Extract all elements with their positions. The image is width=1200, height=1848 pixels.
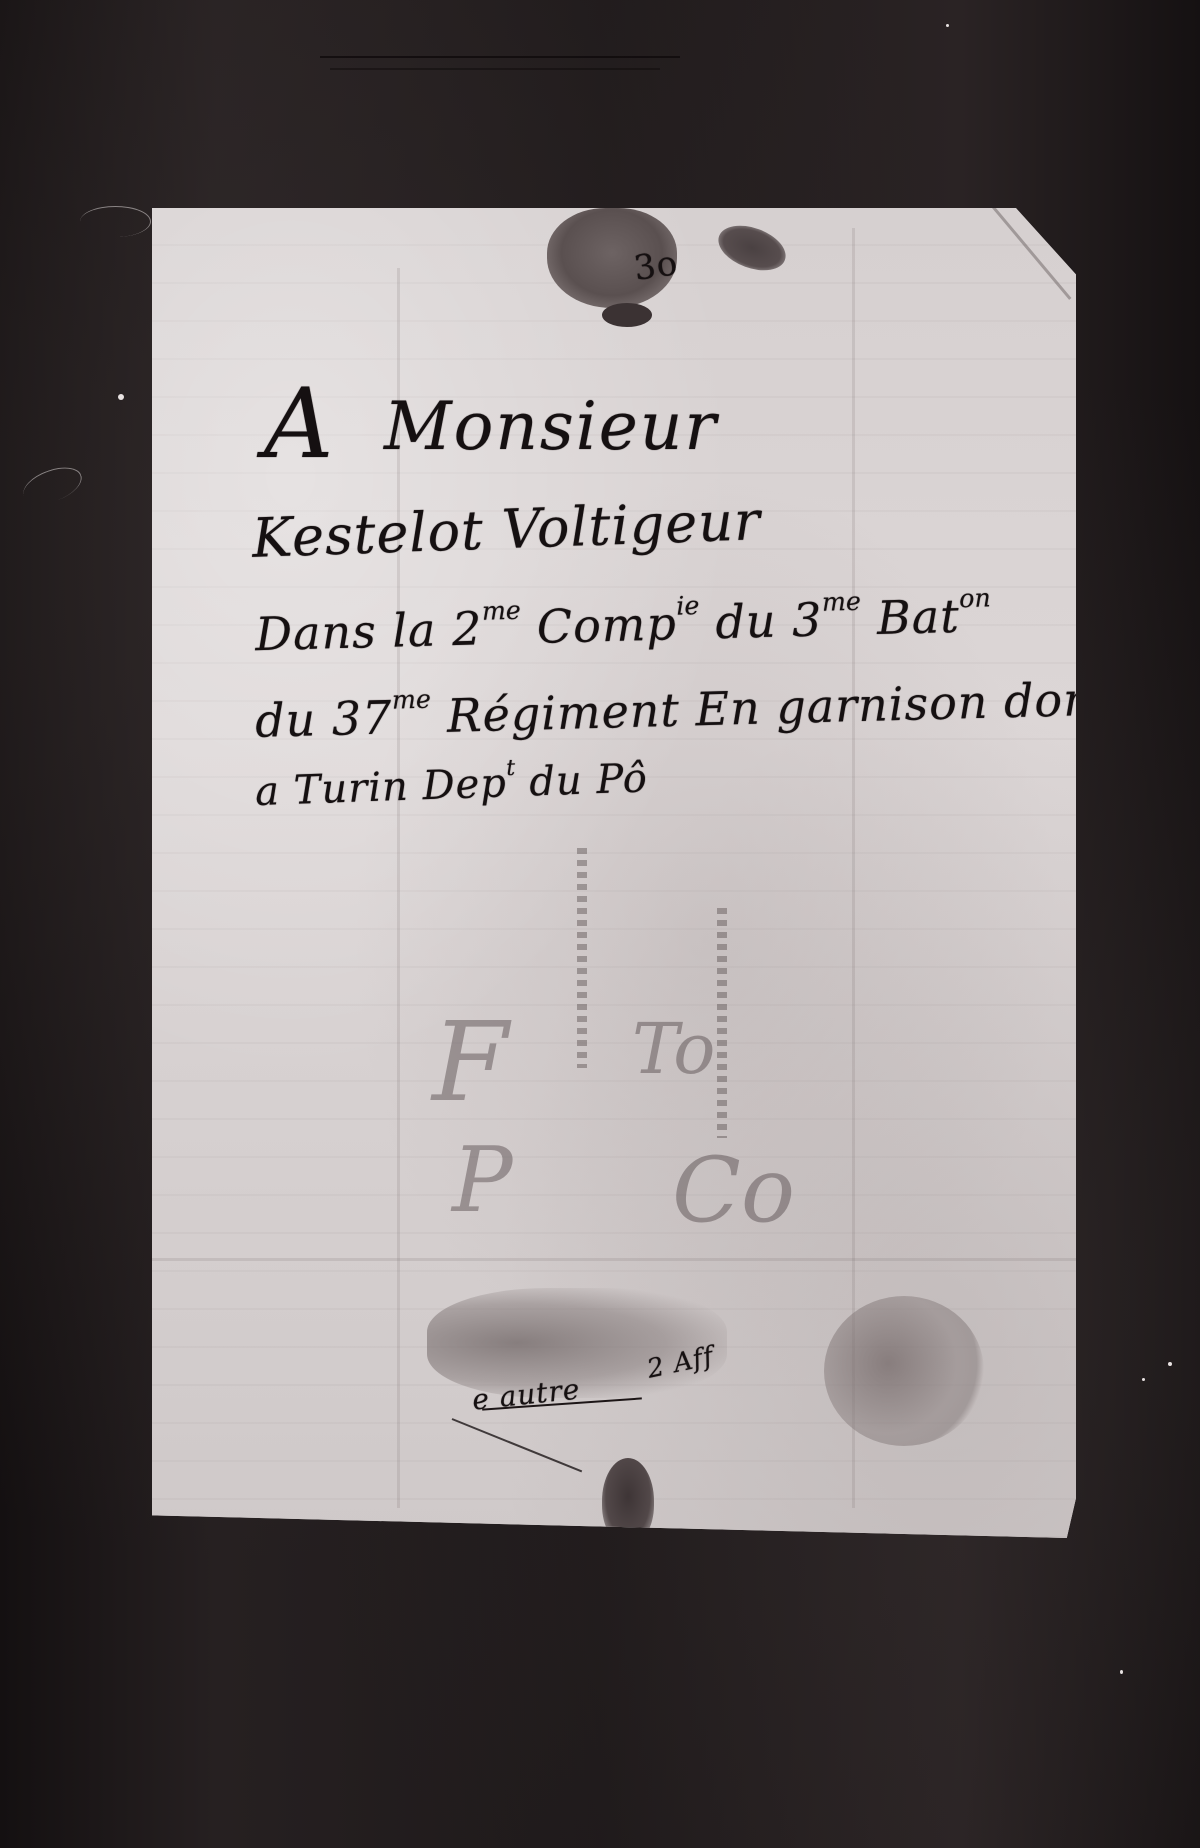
folio-number: 3o xyxy=(631,243,680,289)
background-crease-line xyxy=(320,56,680,58)
ordinal-suffix: me xyxy=(392,685,432,715)
dust-speck xyxy=(1168,1362,1172,1366)
address-text: du Pô xyxy=(515,755,649,806)
dust-speck xyxy=(118,394,124,400)
postmark-stamp-round xyxy=(824,1296,984,1446)
address-text: Dans la 2 xyxy=(254,601,483,661)
recipient-name-rank: Kestelot Voltigeur xyxy=(251,489,762,570)
paper-fold-line xyxy=(152,1258,1076,1261)
bleed-through-mark: To xyxy=(632,1008,715,1090)
abbreviation-suffix: ie xyxy=(676,591,700,621)
address-regiment: du 37me Régiment En garnison dont xyxy=(254,667,1113,748)
address-text: du 37 xyxy=(255,690,394,748)
annotation-stroke xyxy=(452,1418,583,1472)
bleed-through-mark: Co xyxy=(672,1138,795,1243)
address-text: a Turin Dep xyxy=(254,760,507,815)
dust-speck xyxy=(1142,1378,1145,1381)
stray-hair xyxy=(19,461,87,511)
letter-paper: F To P Co 3o A Monsieur Kestelot Voltige… xyxy=(152,208,1076,1538)
ordinal-suffix: me xyxy=(822,587,862,617)
address-text: Régiment En garnison dont xyxy=(431,671,1114,743)
address-text: du 3 xyxy=(699,592,823,649)
ordinal-suffix: me xyxy=(481,596,521,626)
corner-fold xyxy=(992,206,1071,300)
dust-speck xyxy=(946,24,949,27)
bleed-through-mark: P xyxy=(452,1128,513,1233)
stray-hair xyxy=(80,206,151,237)
bleed-through-stripe xyxy=(717,908,727,1138)
wax-seal-top-tear xyxy=(602,303,652,327)
dust-speck xyxy=(1120,1670,1123,1674)
wax-drip-bottom xyxy=(602,1458,654,1544)
bleed-through-mark: F xyxy=(432,998,508,1126)
address-city-department: a Turin Dept du Pô xyxy=(254,751,648,815)
address-text: Bat xyxy=(861,589,961,646)
background-crease-line xyxy=(330,68,660,70)
address-company-battalion: Dans la 2me Compie du 3me Baton xyxy=(254,583,992,661)
bleed-through-stripe xyxy=(577,848,587,1068)
address-text: Comp xyxy=(521,596,678,654)
abbreviation-suffix: on xyxy=(959,583,991,613)
salutation-initial: A xyxy=(264,368,333,480)
wax-seal-fragment xyxy=(712,217,791,279)
salutation-monsieur: Monsieur xyxy=(384,388,718,465)
